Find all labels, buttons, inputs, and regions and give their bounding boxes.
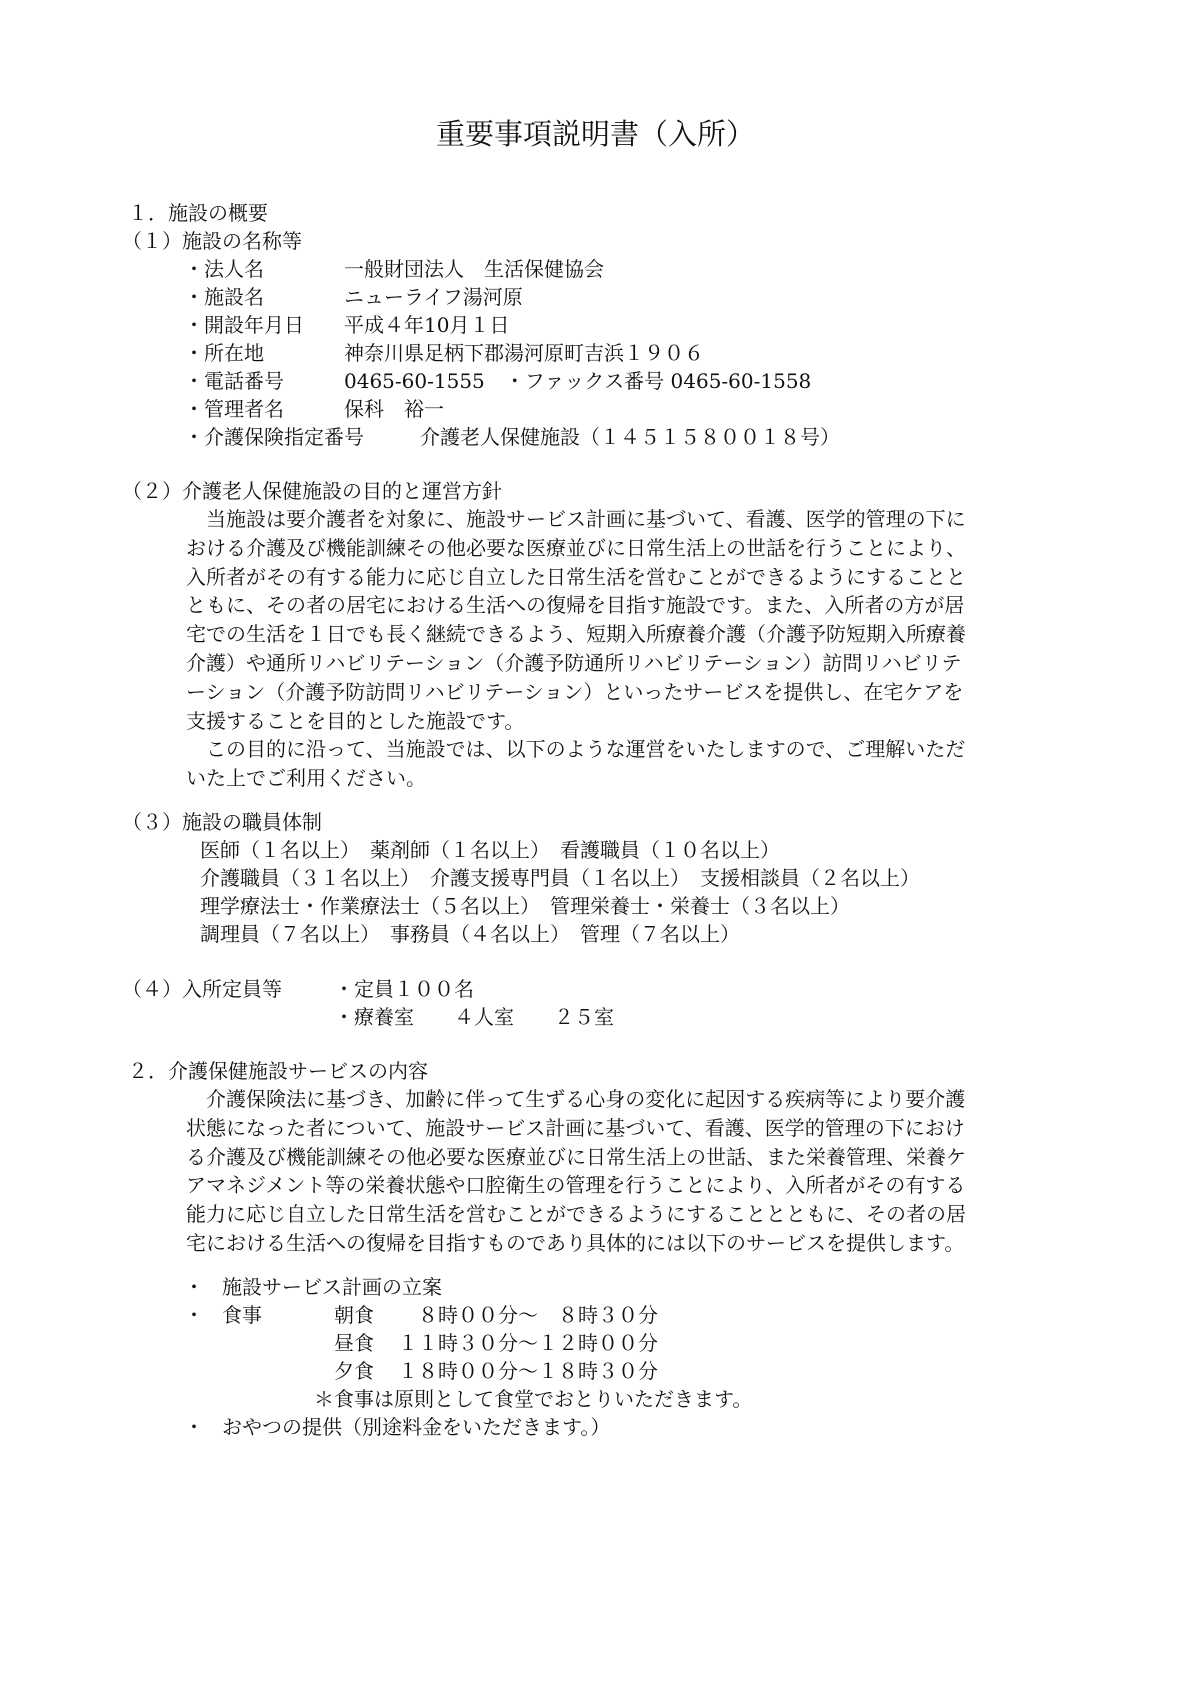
subsection-2-heading: （２）介護老人保健施設の目的と運営方針 bbox=[122, 477, 502, 505]
paragraph-line: 介護）や通所リハビリテーション（介護予防通所リハビリテーション）訪問リハビリテ bbox=[186, 649, 1086, 678]
paragraph-line: 介護保険法に基づき、加齢に伴って生ずる心身の変化に起因する疾病等により要介護 bbox=[186, 1085, 1086, 1114]
paragraph-line: この目的に沿って、当施設では、以下のような運営をいたしますので、ご理解いただ bbox=[186, 735, 1086, 764]
paragraph-line: る介護及び機能訓練その他必要な医療並びに日常生活上の世話、また栄養管理、栄養ケ bbox=[186, 1143, 1086, 1172]
paragraph-line: 支援することを目的とした施設です。 bbox=[186, 707, 1086, 736]
purpose-paragraph: 当施設は要介護者を対象に、施設サービス計画に基づいて、看護、医学的管理の下に お… bbox=[186, 505, 1086, 793]
meal-time-dinner: １８時００分～１８時３０分 bbox=[398, 1357, 658, 1385]
paragraph-line: 状態になった者について、施設サービス計画に基づいて、看護、医学的管理の下におけ bbox=[186, 1114, 1086, 1143]
meal-label: 食事 bbox=[222, 1301, 262, 1329]
bullet-icon: ・ bbox=[184, 1273, 204, 1301]
service-paragraph: 介護保険法に基づき、加齢に伴って生ずる心身の変化に起因する疾病等により要介護 状… bbox=[186, 1085, 1086, 1258]
meal-time-lunch: １１時３０分～１２時００分 bbox=[398, 1329, 658, 1357]
section-1-heading: １．施設の概要 bbox=[128, 199, 268, 227]
paragraph-line: ーション（介護予防訪問リハビリテーション）といったサービスを提供し、在宅ケアを bbox=[186, 678, 1086, 707]
paragraph-line: 入所者がその有する能力に応じ自立した日常生活を営むことができるようにすることと bbox=[186, 563, 1086, 592]
info-value-manager: 保科 裕一 bbox=[344, 395, 444, 423]
rooms-item: ・療養室 ４人室 ２５室 bbox=[334, 1003, 614, 1031]
info-value-corporation: 一般財団法人 生活保健協会 bbox=[344, 255, 604, 283]
staff-row: 医師（１名以上） 薬剤師（１名以上） 看護職員（１０名以上） bbox=[200, 836, 780, 864]
meal-name-breakfast: 朝食 bbox=[334, 1301, 374, 1329]
paragraph-line: 宅での生活を１日でも長く継続できるよう、短期入所療養介護（介護予防短期入所療養 bbox=[186, 620, 1086, 649]
staff-row: 介護職員（３１名以上） 介護支援専門員（１名以上） 支援相談員（２名以上） bbox=[200, 864, 920, 892]
subsection-3-heading: （３）施設の職員体制 bbox=[122, 808, 322, 836]
paragraph-line: おける介護及び機能訓練その他必要な医療並びに日常生活上の世話を行うことにより、 bbox=[186, 534, 1086, 563]
info-label-insurance-number: ・介護保険指定番号 bbox=[184, 423, 364, 451]
meal-name-dinner: 夕食 bbox=[334, 1357, 374, 1385]
info-value-insurance-number: 介護老人保健施設（１４５１５８００１８号） bbox=[420, 423, 840, 451]
info-label-address: ・所在地 bbox=[184, 339, 264, 367]
paragraph-line: 能力に応じ自立した日常生活を営むことができるようにすることとともに、その者の居 bbox=[186, 1200, 1086, 1229]
info-label-facility-name: ・施設名 bbox=[184, 283, 264, 311]
paragraph-line: ともに、その者の居宅における生活への復帰を目指す施設です。また、入所者の方が居 bbox=[186, 591, 1086, 620]
document-page: 重要事項説明書（入所） １．施設の概要 （１）施設の名称等 ・法人名 一般財団法… bbox=[0, 0, 1191, 1684]
subsection-4-heading: （４）入所定員等 bbox=[122, 975, 282, 1003]
info-label-manager: ・管理者名 bbox=[184, 395, 284, 423]
info-label-opening-date: ・開設年月日 bbox=[184, 311, 304, 339]
bullet-icon: ・ bbox=[184, 1413, 204, 1441]
meal-note: ＊食事は原則として食堂でおとりいただきます。 bbox=[314, 1385, 752, 1413]
info-value-address: 神奈川県足柄下郡湯河原町吉浜１９０６ bbox=[344, 339, 704, 367]
meal-time-breakfast: ８時００分～ ８時３０分 bbox=[398, 1301, 658, 1329]
info-label-phone: ・電話番号 bbox=[184, 367, 284, 395]
paragraph-line: いた上でご利用ください。 bbox=[186, 764, 1086, 793]
service-plan-item: 施設サービス計画の立案 bbox=[222, 1273, 442, 1301]
info-value-facility-name: ニューライフ湯河原 bbox=[344, 283, 523, 311]
subsection-1-heading: （１）施設の名称等 bbox=[122, 227, 302, 255]
info-value-phone-fax: 0465-60-1555 ・ファックス番号 0465-60-1558 bbox=[344, 367, 811, 395]
snack-item: おやつの提供（別途料金をいただきます。） bbox=[222, 1413, 610, 1441]
document-title: 重要事項説明書（入所） bbox=[0, 114, 1191, 154]
section-2-heading: ２．介護保健施設サービスの内容 bbox=[128, 1057, 428, 1085]
paragraph-line: 宅における生活への復帰を目指すものであり具体的には以下のサービスを提供します。 bbox=[186, 1229, 1086, 1258]
bullet-icon: ・ bbox=[184, 1301, 204, 1329]
staff-row: 理学療法士・作業療法士（５名以上） 管理栄養士・栄養士（３名以上） bbox=[200, 892, 850, 920]
paragraph-line: アマネジメント等の栄養状態や口腔衛生の管理を行うことにより、入所者がその有する bbox=[186, 1171, 1086, 1200]
meal-name-lunch: 昼食 bbox=[334, 1329, 374, 1357]
staff-row: 調理員（７名以上） 事務員（４名以上） 管理（７名以上） bbox=[200, 920, 740, 948]
info-label-corporation: ・法人名 bbox=[184, 255, 264, 283]
info-value-opening-date: 平成４年10月１日 bbox=[344, 311, 509, 339]
paragraph-line: 当施設は要介護者を対象に、施設サービス計画に基づいて、看護、医学的管理の下に bbox=[186, 505, 1086, 534]
capacity-item: ・定員１００名 bbox=[334, 975, 474, 1003]
